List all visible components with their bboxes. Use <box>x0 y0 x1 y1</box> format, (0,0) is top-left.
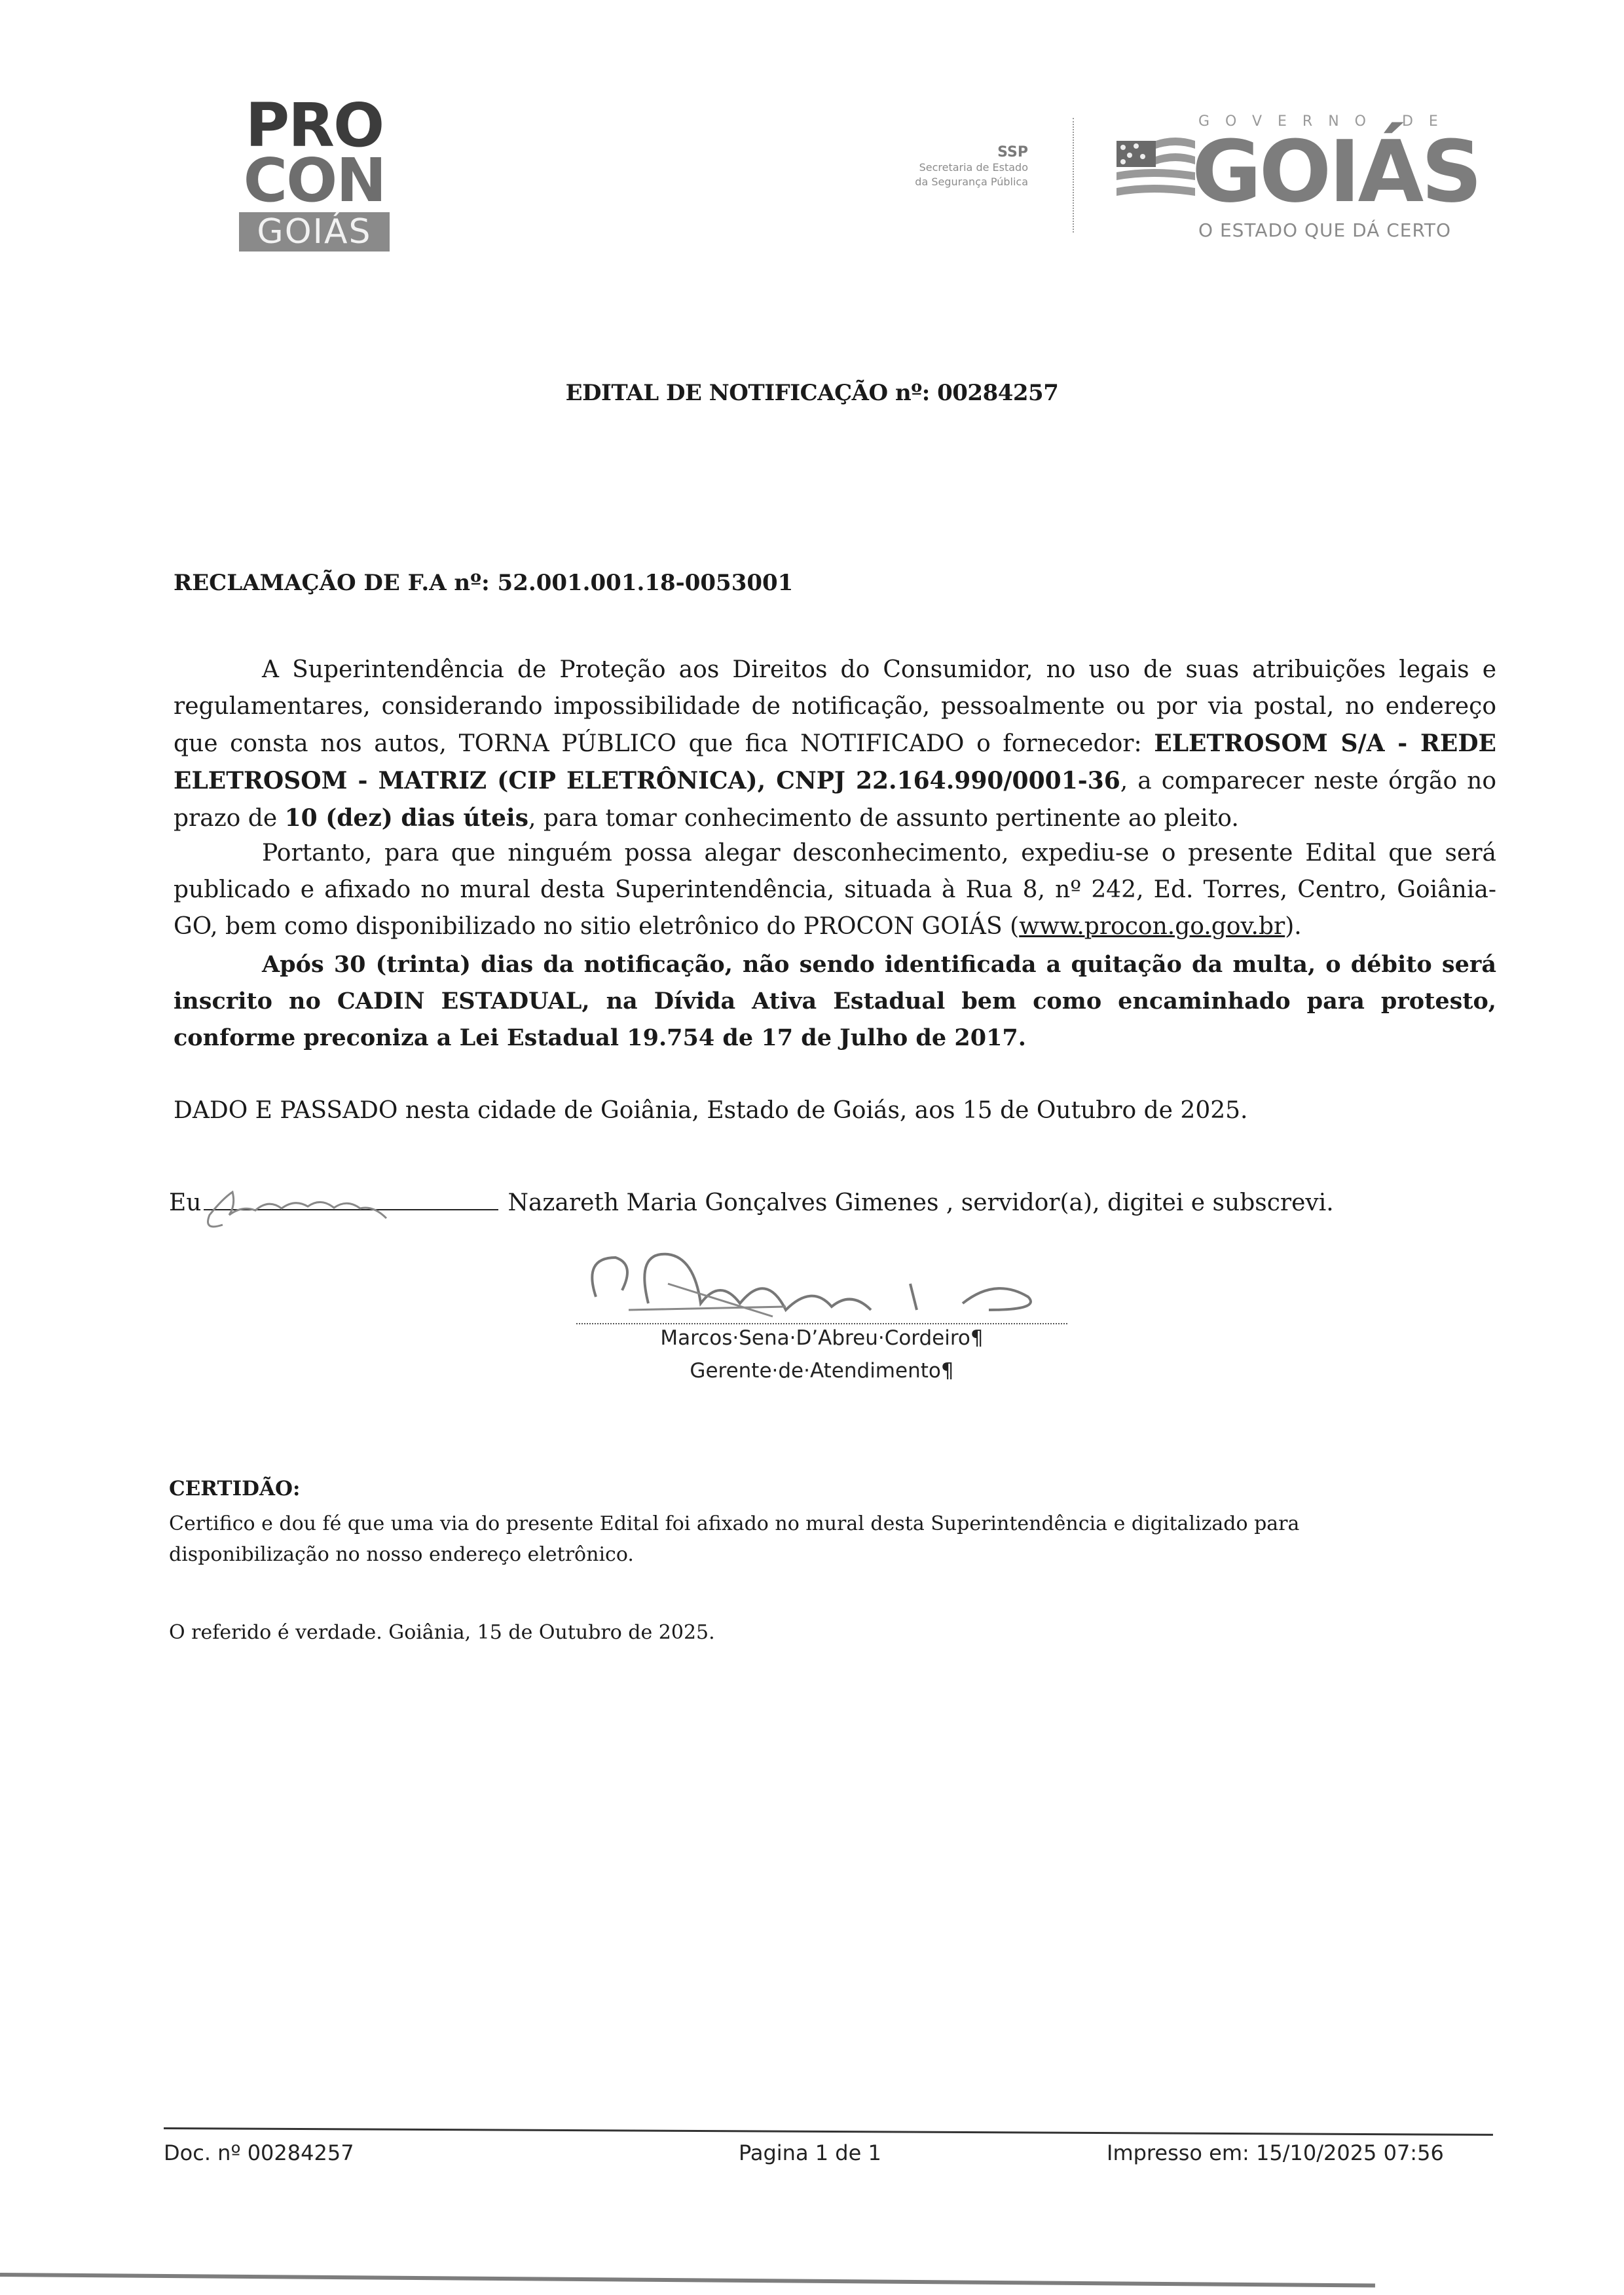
footer-divider <box>164 2127 1493 2136</box>
certidao-closing: O referido é verdade. Goiânia, 15 de Out… <box>169 1621 715 1644</box>
signatory-signature-line <box>576 1323 1067 1324</box>
footer-printed-at: Impresso em: 15/10/2025 07:56 <box>1107 2140 1444 2165</box>
procon-website-link[interactable]: www.procon.go.gov.br <box>1019 913 1285 940</box>
p2-text-b: ). <box>1285 913 1302 940</box>
footer-page-number: Pagina 1 de 1 <box>739 2140 881 2165</box>
goias-flag-icon <box>1113 134 1195 206</box>
typist-statement: Nazareth Maria Gonçalves Gimenes , servi… <box>507 1189 1333 1216</box>
p3-text: Após 30 (trinta) dias da notificação, nã… <box>174 951 1496 1051</box>
certidao-text: Certifico e dou fé que uma via do presen… <box>169 1508 1413 1570</box>
logo-divider <box>1073 118 1074 233</box>
logo-goias: GOIÁS <box>239 212 390 252</box>
signatory-name: Marcos·Sena·D’Abreu·Cordeiro¶ <box>576 1326 1067 1350</box>
procon-goias-logo: PRO CON GOIÁS <box>239 98 390 249</box>
scan-edge-shadow <box>0 2273 1375 2287</box>
ssp-logo: SSP Secretaria de Estado da Segurança Pú… <box>858 144 1028 189</box>
ssp-acronym: SSP <box>858 144 1028 160</box>
logo-con: CON <box>239 153 390 208</box>
dado-e-passado: DADO E PASSADO nesta cidade de Goiânia, … <box>174 1097 1247 1124</box>
typist-signature-icon <box>196 1179 419 1238</box>
gov-slogan: O ESTADO QUE DÁ CERTO <box>1198 219 1451 241</box>
certidao-title: CERTIDÃO: <box>169 1477 300 1501</box>
ssp-line-2: da Segurança Pública <box>858 175 1028 189</box>
ssp-line-1: Secretaria de Estado <box>858 160 1028 175</box>
deadline: 10 (dez) dias úteis <box>285 804 528 832</box>
publication-paragraph: Portanto, para que ninguém possa alegar … <box>174 835 1496 945</box>
cadin-warning-paragraph: Após 30 (trinta) dias da notificação, nã… <box>174 946 1496 1056</box>
p1-text-c: , para tomar conhecimento de assunto per… <box>528 805 1239 832</box>
notification-paragraph: A Superintendência de Proteção aos Direi… <box>174 652 1496 837</box>
gov-goias-text: GOIÁS <box>1192 122 1480 221</box>
reclamacao-number: RECLAMAÇÃO DE F.A nº: 52.001.001.18-0053… <box>174 570 793 596</box>
footer-doc-number: Doc. nº 00284257 <box>164 2140 354 2165</box>
document-title: EDITAL DE NOTIFICAÇÃO nº: 00284257 <box>0 380 1624 406</box>
signatory-signature-icon <box>570 1244 1067 1323</box>
signatory-role: Gerente·de·Atendimento¶ <box>576 1359 1067 1383</box>
